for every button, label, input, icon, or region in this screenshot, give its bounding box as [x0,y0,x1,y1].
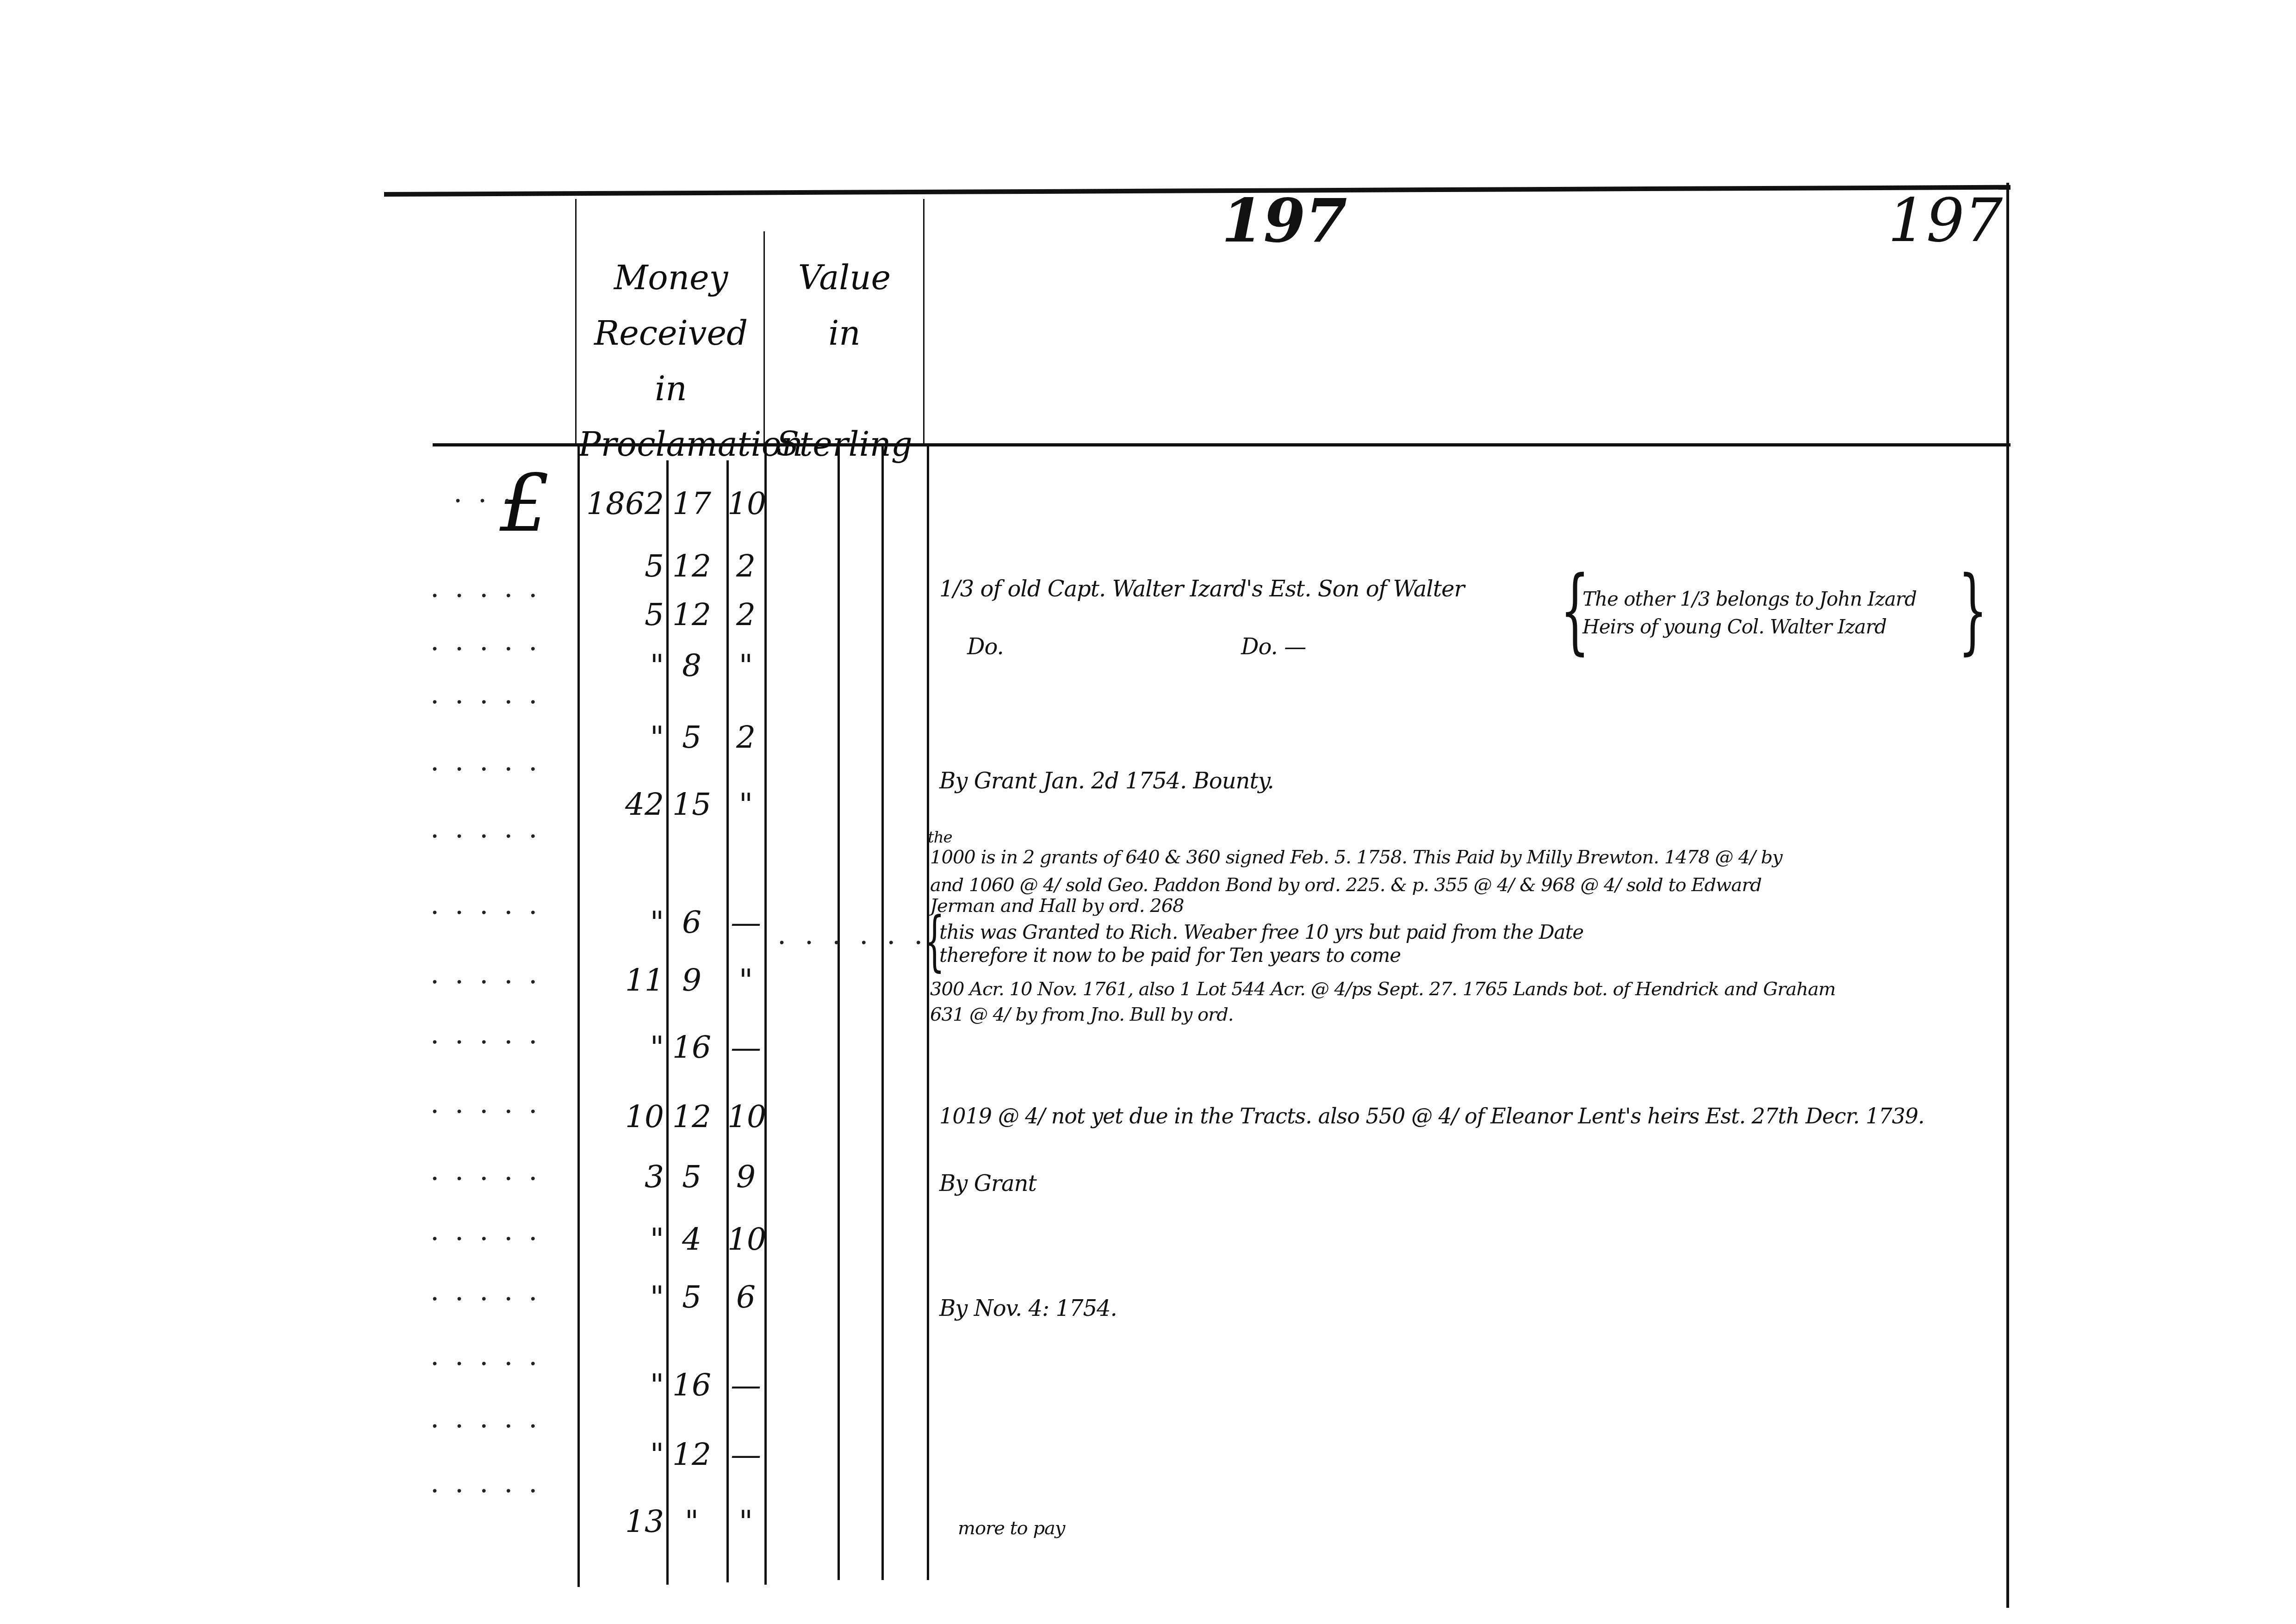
row-note: By Grant [939,1171,1036,1196]
row-pounds: " [578,1437,664,1472]
leader-dots: ..... [430,1339,553,1372]
header-col-mid-line [763,231,765,444]
top-rule [384,185,2011,197]
row-pence: 9 [727,1159,764,1195]
page-number-center: 197 [1222,185,1347,256]
row-shillings: 5 [669,1159,715,1195]
row-pounds: 11 [578,962,664,998]
row-note: 300 Acr. 10 Nov. 1761, also 1 Lot 544 Ac… [930,979,1836,1000]
row-pence: 2 [727,719,764,755]
row-pounds: " [578,1367,664,1403]
row-shillings: 5 [669,719,715,755]
leader-dots: ..... [430,1087,553,1120]
side-note: therefore it now to be paid for Ten year… [939,944,1401,967]
row-pence: " [727,962,764,998]
row-pounds: 13 [578,1504,664,1539]
sterling-col-line-1 [838,446,840,1580]
row-note: 1019 @ 4/ not yet due in the Tracts. als… [939,1103,1924,1128]
row-pounds: 5 [578,597,664,632]
header-money: Money [578,250,763,305]
header-received: Received [578,305,763,361]
row-shillings: 16 [669,1029,715,1065]
row-pence: — [727,1437,764,1472]
row-shillings: 12 [669,1437,715,1472]
header-value: Value [766,250,923,305]
row-note: Do. Do. — [967,634,1306,660]
header-col-right-line [923,199,925,444]
row-pounds: " [578,905,664,940]
leader-dots: ..... [430,1402,553,1434]
row-pounds: " [578,1029,664,1065]
leader-dots: ..... [430,745,553,777]
left-brace-icon: { [1560,564,1590,657]
row-pounds: " [578,1221,664,1257]
row-pounds: " [578,1279,664,1315]
row-shillings: 12 [669,597,715,632]
row-pence: 10 [727,486,764,521]
right-brace-icon: } [1958,564,1988,657]
leader-dots: ..... [430,1215,553,1247]
side-note: The other 1/3 belongs to John Izard [1582,588,1917,610]
row-pence: 10 [727,1099,764,1134]
leader-dots: ... [453,477,527,509]
row-shillings: " [669,1504,715,1539]
row-shillings: 5 [669,1279,715,1315]
leader-dots: ..... [430,812,553,844]
leader-dots: ..... [430,1154,553,1187]
row-pounds: 5 [578,548,664,584]
leader-dots: ..... [430,1018,553,1050]
row-shillings: 9 [669,962,715,998]
leader-dots: ..... [430,1467,553,1499]
row-pounds: 10 [578,1099,664,1134]
page-right-edge [2006,183,2009,1608]
description-col-line [927,446,929,1580]
row-pence: " [727,1504,764,1539]
row-pounds: 1862 [578,486,664,521]
leader-dots: ...... [777,918,941,951]
row-note: more to pay [958,1518,1065,1539]
side-note: Jerman and Hall by ord. 268 [930,895,1184,917]
row-shillings: 6 [669,905,715,940]
side-note: 1000 is in 2 grants of 640 & 360 signed … [930,847,1782,868]
row-pence: — [727,1367,764,1403]
sterling-col-line-2 [881,446,884,1580]
page-number-right: 197 [1888,185,2003,255]
row-pence: " [727,787,764,822]
header-money-received: Money Received in Proclamation [578,250,763,472]
header-value-sterling: Value in Sterling [766,250,923,472]
side-note: Heirs of young Col. Walter Izard [1582,615,1886,638]
side-note: 631 @ 4/ by from Jno. Bull by ord. [930,1004,1234,1025]
row-shillings: 16 [669,1367,715,1403]
header-in: in [578,361,763,416]
row-shillings: 17 [669,486,715,521]
row-shillings: 12 [669,548,715,584]
row-pounds: 3 [578,1159,664,1195]
row-pence: 2 [727,548,764,584]
row-pounds: " [578,719,664,755]
side-note: this was Granted to Rich. Weaber free 10… [939,921,1583,943]
leader-dots: ..... [430,958,553,990]
side-note: the [928,828,952,847]
leader-dots: ..... [430,625,553,657]
row-shillings: 4 [669,1221,715,1257]
header-in-2: in [766,305,923,361]
row-shillings: 8 [669,648,715,683]
side-note: and 1060 @ 4/ sold Geo. Paddon Bond by o… [930,874,1762,896]
header-sterling: Sterling [766,416,923,472]
row-note: By Nov. 4: 1754. [939,1295,1117,1321]
row-pence: 6 [727,1279,764,1315]
row-pounds: " [578,648,664,683]
row-note: By Grant Jan. 2d 1754. Bounty. [939,768,1274,794]
header-col-left-line [575,199,577,444]
leader-dots: ..... [430,678,553,710]
row-shillings: 12 [669,1099,715,1134]
row-note: 1/3 of old Capt. Walter Izard's Est. Son… [939,576,1464,602]
row-pence: — [727,905,764,940]
leader-dots: ..... [430,888,553,921]
row-pence: — [727,1029,764,1065]
row-pence: 2 [727,597,764,632]
amount-col-line-4 [764,446,767,1585]
leader-dots: ..... [430,1275,553,1307]
row-pence: " [727,648,764,683]
header-proclamation: Proclamation [578,416,763,472]
row-pounds: 42 [578,787,664,822]
leader-dots: ..... [430,571,553,604]
row-shillings: 15 [669,787,715,822]
row-pence: 10 [727,1221,764,1257]
